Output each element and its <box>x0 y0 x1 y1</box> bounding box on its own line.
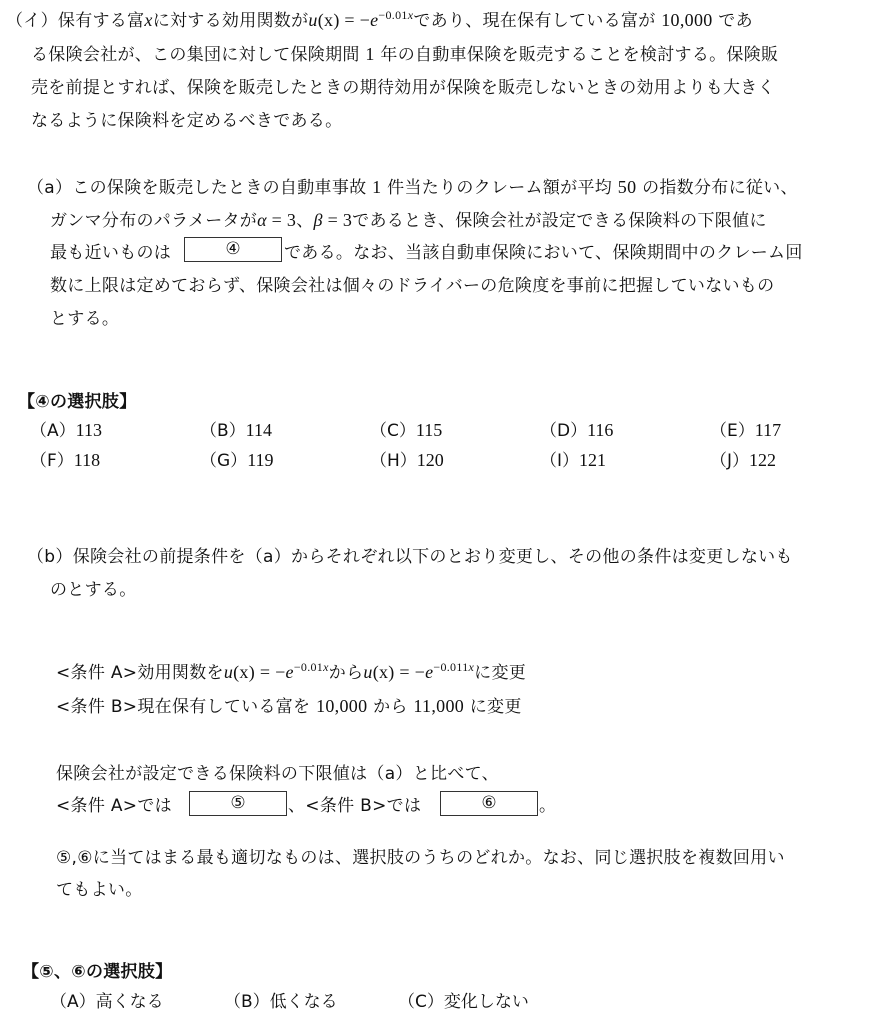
utility-exponent-to: −0.011x <box>433 660 474 674</box>
mean-claim: 50 <box>618 177 637 197</box>
choice-label: （B） <box>224 992 270 1012</box>
choice-label: （I） <box>540 451 579 471</box>
choice-4-G[interactable]: （G）119 <box>200 448 274 473</box>
alpha-symbol: α <box>257 210 267 230</box>
part-a-line-1: （a）この保険を販売したときの自動車事故 1 件当たりのクレーム額が平均 50 … <box>27 175 798 200</box>
compare-line: 保険会社が設定できる保険料の下限値は（a）と比べて、 <box>56 762 499 786</box>
intro-line-2: る保険会社が、この集団に対して保険期間 1 年の自動車保険を販売することを検討す… <box>31 42 778 67</box>
part-a-text: 最も近いものは <box>50 243 171 263</box>
condition-b-label: <条件 B> <box>56 697 137 717</box>
instruction-line-2: てもよい。 <box>56 878 143 902</box>
choices-4-heading: 【④の選択肢】 <box>18 390 137 414</box>
choice-value: 120 <box>417 450 444 470</box>
choice-label: （B） <box>200 421 246 441</box>
utility-exponent: −0.01x <box>378 8 413 22</box>
choice-4-A[interactable]: （A）113 <box>30 418 102 443</box>
condition-text: に変更 <box>464 697 522 717</box>
part-b-text: 保険会社の前提条件を（a）からそれぞれ以下のとおり変更し、その他の条件は変更しな… <box>73 547 793 567</box>
part-a-line-2: ガンマ分布のパラメータがα = 3、β = 3であるとき、保険会社が設定できる保… <box>50 208 767 233</box>
part-a-line-3b: である。なお、当該自動車保険において、保険期間中のクレーム回 <box>284 241 803 265</box>
choice-label: （A） <box>50 992 96 1012</box>
choice-label: （A） <box>30 421 76 441</box>
choice-4-D[interactable]: （D）116 <box>540 418 613 443</box>
choice-56-C[interactable]: （C）変化しない <box>398 990 529 1014</box>
condition-b: <条件 B>現在保有している富を 10,000 から 11,000 に変更 <box>56 694 522 719</box>
intro-text: であ <box>713 11 753 31</box>
exp-coef: −0.01 <box>378 8 407 22</box>
condition-text: に変更 <box>474 663 526 683</box>
choice-value: 変化しない <box>444 992 529 1012</box>
beta-symbol: β <box>314 210 323 230</box>
utility-eq: = − <box>395 662 426 682</box>
choice-value: 119 <box>247 450 273 470</box>
part-a-line-5: とする。 <box>50 307 119 331</box>
part-a-text: であるとき、保険会社が設定できる保険料の下限値に <box>352 211 767 231</box>
intro-line-1: （イ）保有する富xに対する効用関数がu(x) = −e−0.01xであり、現在保… <box>6 8 753 33</box>
choice-label: （H） <box>370 451 417 471</box>
choice-label: （J） <box>710 451 749 471</box>
choice-4-C[interactable]: （C）115 <box>370 418 442 443</box>
answer-blank-6[interactable]: ⑥ <box>440 791 538 816</box>
choice-4-H[interactable]: （H）120 <box>370 448 444 473</box>
choice-4-B[interactable]: （B）114 <box>200 418 272 443</box>
choice-4-E[interactable]: （E）117 <box>710 418 781 443</box>
blank-line-cond-b: 、<条件 B>では <box>288 794 421 818</box>
choice-label: （C） <box>398 992 444 1012</box>
choice-value: 114 <box>246 420 272 440</box>
condition-a: <条件 A>効用関数をu(x) = −e−0.01xからu(x) = −e−0.… <box>56 660 526 685</box>
answer-blank-4[interactable]: ④ <box>184 237 282 262</box>
intro-text: 保有する富 <box>58 11 145 31</box>
choice-label: （F） <box>30 451 74 471</box>
part-a-line-4: 数に上限は定めておらず、保険会社は個々のドライバーの危険度を事前に把握していない… <box>50 274 774 298</box>
choice-label: （E） <box>710 421 755 441</box>
choice-label: （D） <box>540 421 587 441</box>
exp-coef: −0.011 <box>433 660 468 674</box>
part-b-line-2: のとする。 <box>50 578 137 602</box>
part-b-line-1: （b）保険会社の前提条件を（a）からそれぞれ以下のとおり変更し、その他の条件は変… <box>27 545 793 569</box>
intro-text: であり、現在保有している富が <box>413 11 661 31</box>
utility-arg: (x) <box>233 662 255 682</box>
choice-value: 116 <box>587 420 613 440</box>
utility-eq: = − <box>255 662 286 682</box>
choice-value: 113 <box>76 420 102 440</box>
intro-text: に対する効用関数が <box>153 11 309 31</box>
part-a-label: （a） <box>27 178 72 198</box>
utility-eq: = − <box>340 10 371 30</box>
condition-text: 現在保有している富を <box>137 697 316 717</box>
choice-label: （G） <box>200 451 247 471</box>
var-x: x <box>144 10 152 30</box>
choices-56-heading: 【⑤、⑥の選択肢】 <box>22 960 173 984</box>
part-a-text: この保険を販売したときの自動車事故 <box>72 178 372 198</box>
choice-value: 122 <box>749 450 776 470</box>
condition-text: から <box>329 663 364 683</box>
alpha-value: = 3 <box>267 210 296 230</box>
utility-u: u <box>308 10 317 30</box>
answer-blank-5[interactable]: ⑤ <box>189 791 287 816</box>
separator: 、 <box>296 211 313 231</box>
intro-text: 年の自動車保険を販売することを検討する。保険販 <box>375 45 779 65</box>
choice-label: （C） <box>370 421 416 441</box>
blank-line-end: 。 <box>539 794 556 818</box>
choice-4-F[interactable]: （F）118 <box>30 448 100 473</box>
exp-coef: −0.01 <box>294 660 323 674</box>
part-a-text: ガンマ分布のパラメータが <box>50 211 257 231</box>
choice-value: 高くなる <box>96 992 164 1012</box>
utility-e: e <box>286 662 294 682</box>
condition-text: 効用関数を <box>137 663 224 683</box>
utility-arg: (x) <box>318 10 340 30</box>
choice-value: 低くなる <box>270 992 338 1012</box>
part-a-line-3: 最も近いものは <box>50 241 171 265</box>
instruction-line-1: ⑤,⑥に当てはまる最も適切なものは、選択肢のうちのどれか。なお、同じ選択肢を複数… <box>56 846 785 870</box>
condition-text: から <box>367 697 413 717</box>
intro-text: る保険会社が、この集団に対して保険期間 <box>31 45 365 65</box>
intro-line-4: なるように保険料を定めるべきである。 <box>31 109 342 133</box>
intro-line-3: 売を前提とすれば、保険を販売したときの期待効用が保険を販売しないときの効用よりも… <box>31 76 775 100</box>
utility-u: u <box>224 662 233 682</box>
wealth-value: 10,000 <box>661 10 712 30</box>
wealth-to: 11,000 <box>413 696 464 716</box>
choice-value: 118 <box>74 450 100 470</box>
blank-line-cond-a: <条件 A>では <box>56 794 172 818</box>
utility-exponent-from: −0.01x <box>294 660 329 674</box>
beta-value: = 3 <box>323 210 352 230</box>
period-years: 1 <box>365 44 374 64</box>
choice-56-A[interactable]: （A）高くなる <box>50 990 164 1014</box>
choice-value: 115 <box>416 420 442 440</box>
choice-4-I[interactable]: （I）121 <box>540 448 606 473</box>
choice-value: 121 <box>579 450 606 470</box>
choice-value: 117 <box>755 420 781 440</box>
part-a-text: 件当たりのクレーム額が平均 <box>381 178 617 198</box>
intro-label: （イ） <box>6 11 58 31</box>
choice-4-J[interactable]: （J）122 <box>710 448 776 473</box>
condition-a-label: <条件 A> <box>56 663 137 683</box>
part-b-label: （b） <box>27 547 73 567</box>
wealth-from: 10,000 <box>316 696 367 716</box>
utility-arg: (x) <box>373 662 395 682</box>
choice-56-B[interactable]: （B）低くなる <box>224 990 338 1014</box>
part-a-text: の指数分布に従い、 <box>636 178 797 198</box>
utility-u: u <box>363 662 372 682</box>
